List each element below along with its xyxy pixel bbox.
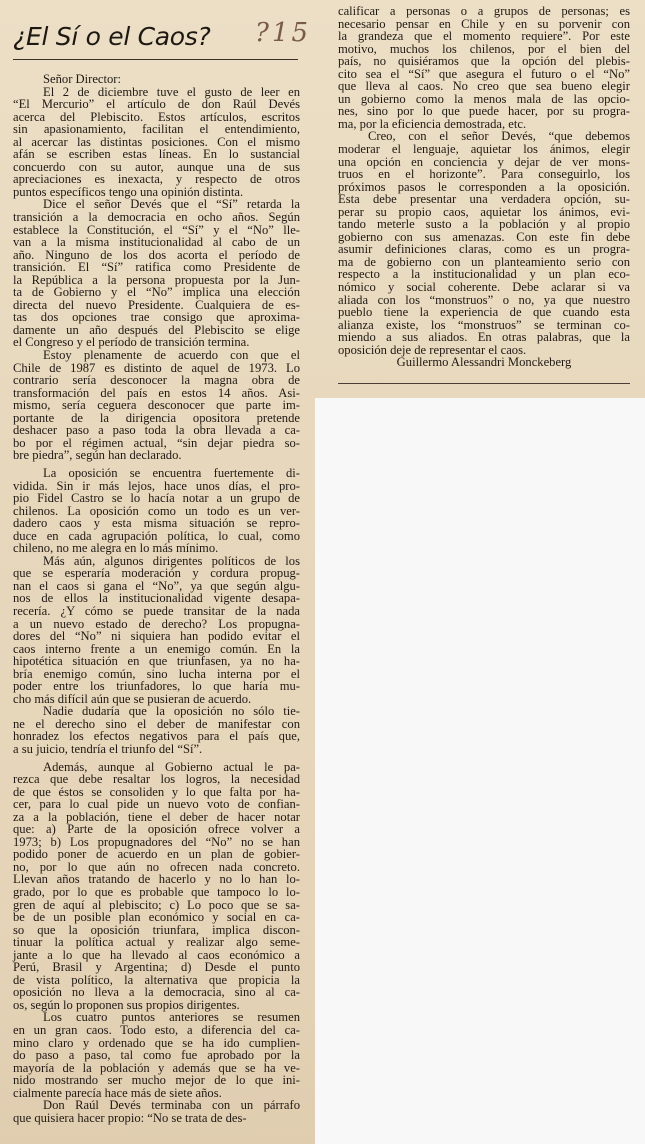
- paragraph: Estoy plenamente de acuerdo con que elCh…: [13, 349, 300, 462]
- text-line: la grandeza que el momento requiere”. Po…: [338, 30, 630, 43]
- text-line: La oposición se encuentra fuertemente di…: [13, 467, 300, 480]
- text-line: moderar el lenguaje, aquietar los ánimos…: [338, 143, 630, 156]
- text-line: nómico y social coherente. Debe aclarar …: [338, 281, 630, 294]
- text-line: dadero caos y esta misma situación se re…: [13, 517, 300, 530]
- text-line: Don Raúl Devés terminaba con un párrafo: [13, 1099, 300, 1112]
- paragraph: Don Raúl Devés terminaba con un párrafoq…: [13, 1099, 300, 1124]
- text-line: que quisiera hacer propio: “No se trata …: [13, 1112, 300, 1125]
- handwritten-note: ?15: [255, 18, 311, 48]
- text-line: pio Fidel Castro se lo hacía notar a un …: [13, 492, 300, 505]
- text-line: Estoy plenamente de acuerdo con que el: [13, 349, 300, 362]
- text-line: miendo a sus aliados. En otras palabras,…: [338, 331, 630, 344]
- text-line: van a la misma institucionalidad al cabo…: [13, 236, 300, 249]
- text-line: bre piedra”, según han declarado.: [13, 449, 300, 462]
- article-title: ¿El Sí o el Caos?: [13, 22, 211, 51]
- column-2-body: calificar a personas o a grupos de perso…: [338, 5, 630, 356]
- paragraph: Dice el señor Devés que el “Sí” retarda …: [13, 198, 300, 349]
- text-line: mismo, sería ceguera desconocer que part…: [13, 399, 300, 412]
- newspaper-clipping: ¿El Sí o el Caos? ?15 Señor Director: El…: [0, 0, 645, 1144]
- text-line: tinuar la política actual y realizar alg…: [13, 936, 300, 949]
- salutation: Señor Director:: [13, 73, 300, 86]
- text-line: Perú, Brasil y Argentina; d) Desde el pu…: [13, 961, 300, 974]
- text-line: a su juicio, tendría el triunfo del “Sí”…: [13, 743, 300, 756]
- text-line: Nadie dudaría que la oposición no sólo t…: [13, 705, 300, 718]
- text-line: Esta debe presentar una verdadera opción…: [338, 193, 630, 206]
- text-line: sin apasionamiento, facilitan el entendi…: [13, 123, 300, 136]
- title-rule: [13, 59, 298, 60]
- text-line: be de un posible plan económico y social…: [13, 911, 300, 924]
- column-1-body: El 2 de diciembre tuve el gusto de leer …: [13, 86, 300, 1125]
- text-line: ta de Gobierno y el “No” implica una ele…: [13, 286, 300, 299]
- paragraph: La oposición se encuentra fuertemente di…: [13, 467, 300, 555]
- text-line: nido mostrando ser mucho mejor de lo que…: [13, 1074, 300, 1087]
- text-line: país, no quisiéramos que la opción del p…: [338, 55, 630, 68]
- text-line: “El Mercurio” el artículo de don Raúl De…: [13, 98, 300, 111]
- text-line: rezca que debe resaltar los logros, la n…: [13, 773, 300, 786]
- text-line: poder entre los triunfadores, lo que har…: [13, 680, 300, 693]
- paragraph: Nadie dudaría que la oposición no sólo t…: [13, 705, 300, 755]
- blank-area: [315, 398, 645, 1144]
- text-line: hipotética situación en que triunfasen, …: [13, 655, 300, 668]
- text-line: truos en el horizonte”. Para conseguirlo…: [338, 168, 630, 181]
- text-line: afán se escriben estas líneas. En lo sus…: [13, 148, 300, 161]
- text-line: transición. El “Sí” ratifica como Presid…: [13, 261, 300, 274]
- text-line: deshacer paso a paso toda la obra llevad…: [13, 424, 300, 437]
- text-line: do paso a paso, tal como fue aprobado po…: [13, 1049, 300, 1062]
- text-line: cer, para lo cual pide un nuevo voto de …: [13, 798, 300, 811]
- paragraph: Los cuatro puntos anteriores se resumene…: [13, 1011, 300, 1099]
- text-line: que se esperaría moderación y cordura pr…: [13, 567, 300, 580]
- paragraph: calificar a personas o a grupos de perso…: [338, 5, 630, 130]
- text-line: grado, por lo que es probable que tampoc…: [13, 886, 300, 899]
- text-line: chileno, no me alegra en lo más mínimo.: [13, 542, 300, 555]
- paragraph: Además, aunque al Gobierno actual le pa-…: [13, 761, 300, 1012]
- text-line: tando meterle susto a la población y al …: [338, 218, 630, 231]
- paragraph: Creo, con el señor Devés, “que debemosmo…: [338, 130, 630, 356]
- text-line: contrario sería desconocer la magna obra…: [13, 374, 300, 387]
- signature: Guillermo Alessandri Monckeberg: [338, 356, 630, 369]
- text-line: calificar a personas o a grupos de perso…: [338, 5, 630, 18]
- text-line: en un gran caos. Todo esto, a diferencia…: [13, 1024, 300, 1037]
- text-line: transición a la democracia en ocho años.…: [13, 211, 300, 224]
- text-line: dores del “No” ni siquiera han podido ev…: [13, 630, 300, 643]
- text-line: que lleva al caos. No creo que sea bueno…: [338, 80, 630, 93]
- column-1: Señor Director: El 2 de diciembre tuve e…: [13, 73, 300, 1124]
- paragraph: El 2 de diciembre tuve el gusto de leer …: [13, 86, 300, 199]
- text-line: pueblo tiene la experiencia de que cuand…: [338, 306, 630, 319]
- text-line: recería. ¿Y cómo se puede transitar de l…: [13, 605, 300, 618]
- signature-rule: [338, 383, 630, 384]
- paragraph: Más aún, algunos dirigentes políticos de…: [13, 555, 300, 706]
- text-line: que: a) Parte de la oposición ofrece vol…: [13, 823, 300, 836]
- column-2: calificar a personas o a grupos de perso…: [338, 5, 630, 369]
